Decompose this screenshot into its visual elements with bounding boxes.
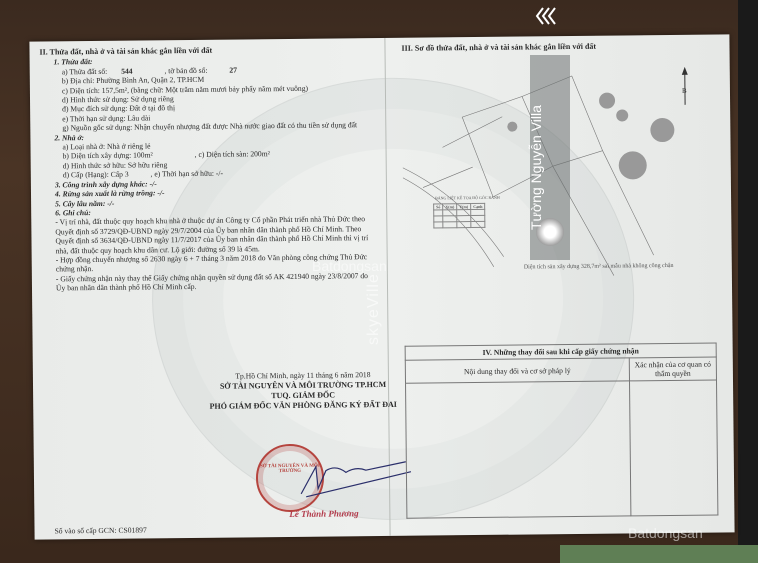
changes-cell [629, 380, 718, 516]
changes-table: IV. Những thay đổi sau khi cấp giấy chứn… [405, 342, 719, 518]
right-page: III. Sơ đồ thửa đất, nhà ở và tài sản kh… [401, 40, 721, 52]
left-page: II. Thửa đất, nhà ở và tài sản khác gắn … [39, 44, 382, 293]
coordinate-table-title: BẢNG LIỆT KÊ TỌA ĐỘ GÓC RANH [435, 195, 500, 201]
changes-col-confirm: Xác nhận của cơ quan có thẩm quyền [629, 357, 716, 381]
position: PHÓ GIÁM ĐỐC VĂN PHÒNG ĐĂNG KÝ ĐẤT ĐAI [203, 400, 403, 412]
changes-cell [406, 381, 631, 518]
watermark-sky: skyeVille [365, 273, 383, 345]
signer-name: Lê Thành Phương [289, 508, 358, 519]
batdongsan-logo-icon [535, 6, 557, 26]
watermark-site: Batdongsan [628, 525, 703, 541]
changes-col-content: Nội dung thay đổi và cơ sở pháp lý [405, 358, 629, 383]
note: - Giấy chứng nhận này thay thế Giấy chứn… [56, 271, 371, 293]
svg-text:B: B [682, 87, 687, 95]
watermark-name: Tường Nguyễn Villa [528, 105, 544, 230]
coordinate-table: SốX(m)Y(m)Cạnh [433, 203, 486, 229]
dark-edge [738, 0, 758, 563]
gcn-number: Số vào sổ cấp GCN: CS01897 [54, 525, 146, 535]
signature-block: Tp.Hồ Chí Minh, ngày 11 tháng 6 năm 2018… [203, 370, 403, 412]
signature-scribble [296, 458, 416, 499]
watermark-site: Batdongsan [312, 258, 387, 274]
section-iii-title: III. Sơ đồ thửa đất, nhà ở và tài sản kh… [401, 40, 721, 52]
note: - Vị trí nhà, đất thuộc quy hoạch khu nh… [55, 214, 370, 255]
north-arrow-icon: B [682, 67, 688, 105]
background-plant [560, 545, 758, 563]
